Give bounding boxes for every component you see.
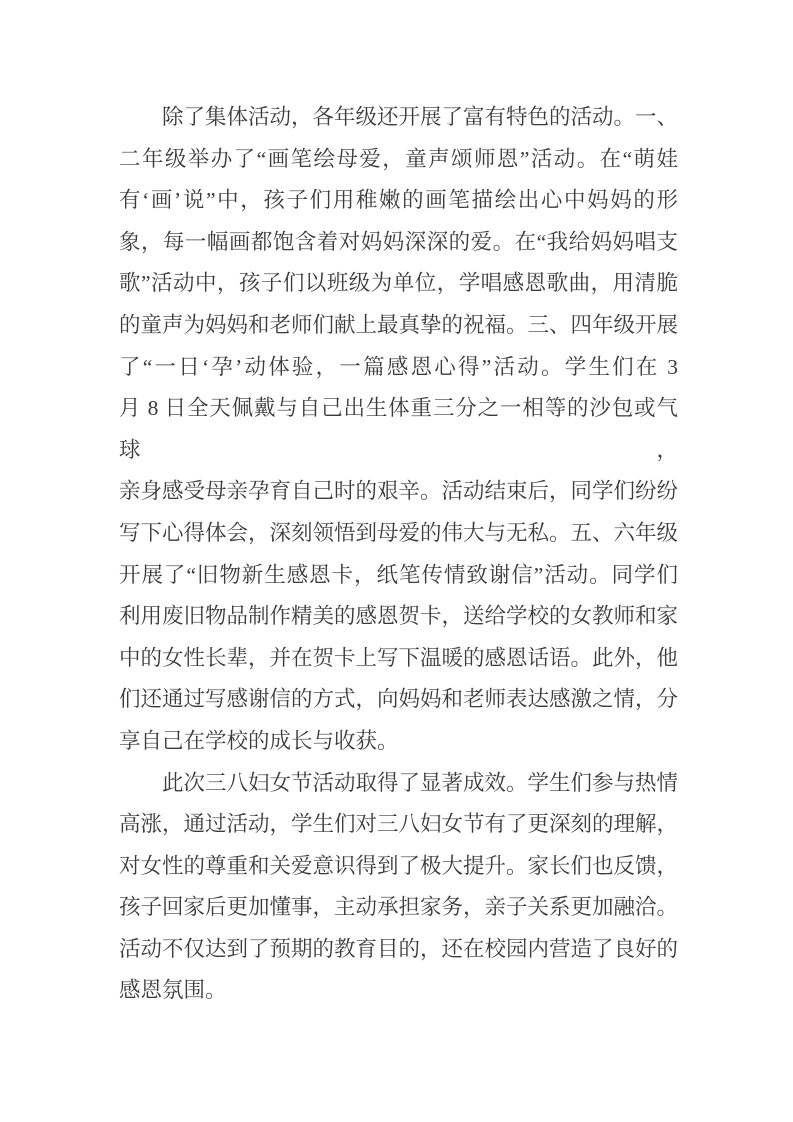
- text-line: 们还通过写感谢信的方式，向妈妈和老师表达感激之情，分: [119, 679, 678, 721]
- text-line: 利用废旧物品制作精美的感恩贺卡，送给学校的女教师和家: [119, 596, 678, 638]
- text-line: 的童声为妈妈和老师们献上最真挚的祝福。三、四年级开展: [119, 305, 678, 347]
- text-line: 对女性的尊重和关爱意识得到了极大提升。家长们也反馈，: [119, 846, 678, 888]
- text-line: 了“一日‘孕’动体验，一篇感恩心得”活动。学生们在 3: [119, 347, 678, 389]
- text-line: 象，每一幅画都饱含着对妈妈深深的爱。在“我给妈妈唱支: [119, 222, 678, 264]
- paragraph-2: 此次三八妇女节活动取得了显著成效。学生们参与热情 高涨，通过活动，学生们对三八妇…: [119, 763, 678, 1013]
- document-body: 除了集体活动，各年级还开展了富有特色的活动。一、 二年级举办了“画笔绘母爱，童声…: [119, 97, 678, 1012]
- text-line: 亲身感受母亲孕育自己时的艰辛。活动结束后，同学们纷纷: [119, 471, 678, 513]
- text-line: 感恩氛围。: [119, 970, 678, 1012]
- text-line: 月 8 日全天佩戴与自己出生体重三分之一相等的沙包或气球，: [119, 388, 678, 471]
- text-line: 高涨，通过活动，学生们对三八妇女节有了更深刻的理解，: [119, 804, 678, 846]
- text-line: 此次三八妇女节活动取得了显著成效。学生们参与热情: [119, 763, 678, 805]
- text-line: 孩子回家后更加懂事，主动承担家务，亲子关系更加融洽。: [119, 887, 678, 929]
- text-line: 歌”活动中，孩子们以班级为单位，学唱感恩歌曲，用清脆: [119, 263, 678, 305]
- paragraph-1: 除了集体活动，各年级还开展了富有特色的活动。一、 二年级举办了“画笔绘母爱，童声…: [119, 97, 678, 763]
- text-line: 二年级举办了“画笔绘母爱，童声颂师恩”活动。在“萌娃: [119, 139, 678, 181]
- text-line: 享自己在学校的成长与收获。: [119, 721, 678, 763]
- text-line: 开展了“旧物新生感恩卡，纸笔传情致谢信”活动。同学们: [119, 555, 678, 597]
- document-page: 除了集体活动，各年级还开展了富有特色的活动。一、 二年级举办了“画笔绘母爱，童声…: [0, 0, 793, 1122]
- text-line: 除了集体活动，各年级还开展了富有特色的活动。一、: [119, 97, 678, 139]
- text-line: 有‘画’说”中，孩子们用稚嫩的画笔描绘出心中妈妈的形: [119, 180, 678, 222]
- text-line: 中的女性长辈，并在贺卡上写下温暖的感恩话语。此外，他: [119, 638, 678, 680]
- text-line: 写下心得体会，深刻领悟到母爱的伟大与无私。五、六年级: [119, 513, 678, 555]
- text-line: 活动不仅达到了预期的教育目的，还在校园内营造了良好的: [119, 929, 678, 971]
